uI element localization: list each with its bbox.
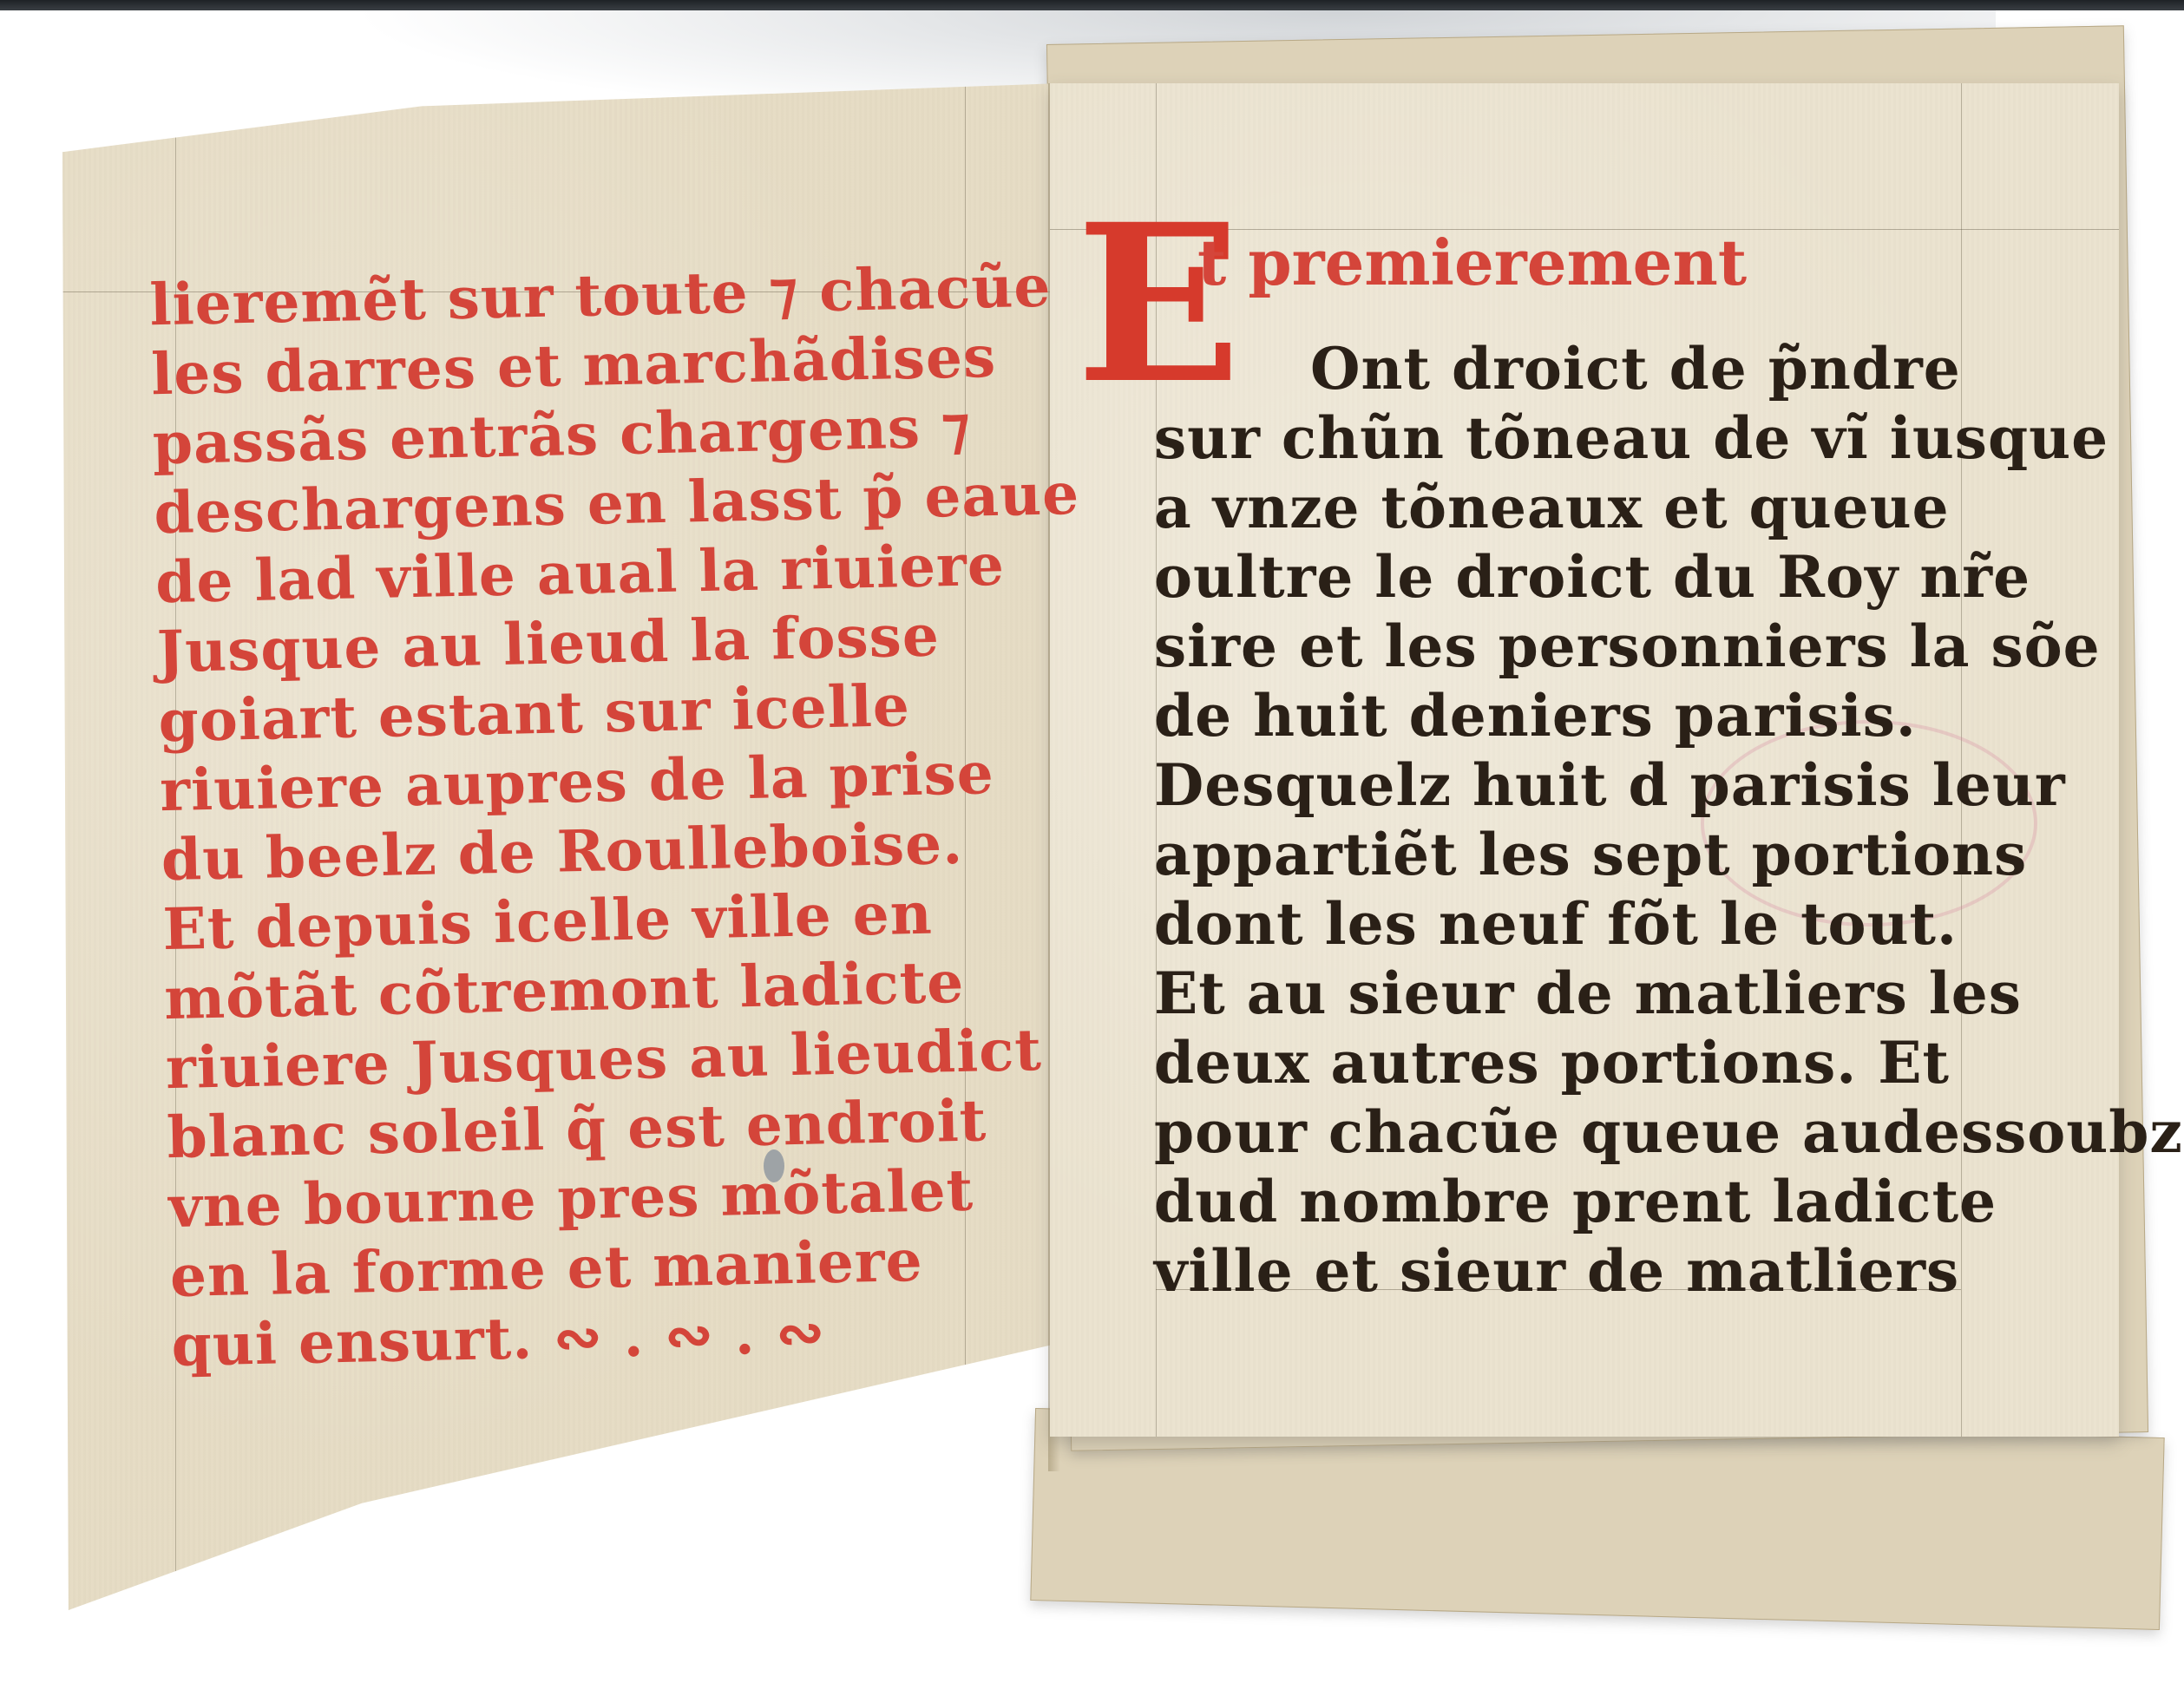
text-line: Ont droict de p̃ndre — [1154, 334, 2183, 403]
text-line: sur chũn tõneau de vĩ iusque — [1154, 403, 2183, 473]
text-line: dont les neuf fõt le tout. — [1154, 889, 2183, 959]
text-line: Et au sieur de matliers les — [1154, 959, 2183, 1028]
text-line: appartiẽt les sept portions — [1154, 820, 2183, 889]
section-heading: t premierement — [1197, 226, 1747, 299]
text-line: oultre le droict du Roy nr̃e — [1154, 542, 2183, 612]
text-line: dud nombre prent ladicte — [1154, 1167, 2183, 1236]
text-line: sire et les personniers la sõe — [1154, 612, 2183, 681]
text-line: ville et sieur de matliers — [1154, 1236, 2183, 1306]
scanner-edge-bar — [0, 0, 2184, 10]
right-page-text: Ont droict de p̃ndre sur chũn tõneau de … — [1154, 334, 2183, 1306]
text-line: de huit deniers parisis. — [1154, 681, 2183, 750]
text-line: pour chacũe queue audessoubz — [1154, 1097, 2183, 1167]
text-line: deux autres portions. Et — [1154, 1028, 2183, 1097]
text-line: Desquelz huit d parisis leur — [1154, 750, 2183, 820]
left-page-text: lieremẽt sur toute ⁊ chacũe les darres e… — [149, 251, 1098, 1380]
text-line: a vnze tõneaux et queue — [1154, 473, 2183, 542]
